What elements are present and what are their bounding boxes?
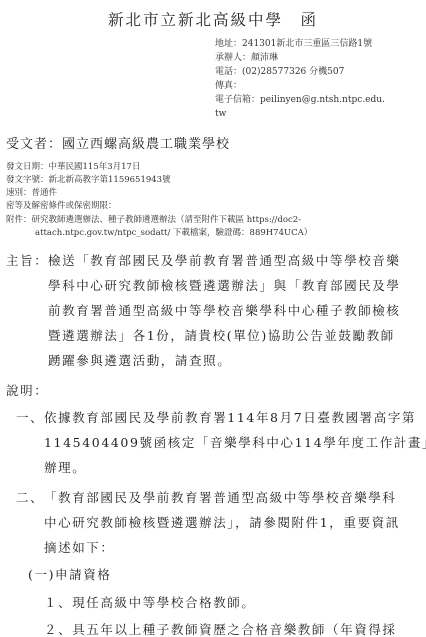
sender-phone: 電話：(02)28577326 分機507 (215, 66, 344, 80)
subject-line: 暨遴選辦法」各1份，請貴校(單位)協助公告並鼓勵教師 (48, 323, 395, 348)
issue-number: 發文字號：新北新高教字第1159651943號 (6, 174, 171, 187)
attachment: 附件：研究教師遴選辦法、種子教師遴選辦法（請至附件下載區 https://doc… (6, 214, 301, 227)
subject-line: 檢送「教育部國民及學前教育署普通型高級中等學校音樂 (48, 248, 401, 273)
item-line: 1145404409號函核定「音樂學科中心114學年度工作計畫」 (44, 430, 426, 455)
subject-line: 踴躍參與遴選活動，請查照。 (48, 348, 231, 373)
item-line: 摘述如下： (44, 535, 115, 560)
document-title: 新北市立新北高級中學 函 (0, 8, 426, 30)
sub-item: ２、具五年以上種子教師資歷之合格音樂教師（年資得採 (44, 617, 397, 637)
item-line: 中心研究教師檢核暨遴選辦法」，請參閱附件1，重要資訊 (44, 510, 400, 535)
subject-label: 主旨： (6, 248, 48, 273)
subject-line: 前教育署普通型高級中等學校音樂學科中心種子教師檢核 (48, 298, 401, 323)
item-line: 依據教育部國民及學前教育署114年8月7日臺教國署高字第 (44, 405, 416, 430)
sender-contact-person: 承辦人：顏沛琳 (215, 52, 278, 66)
sub-item: １、現任高級中等學校合格教師。 (44, 590, 256, 615)
sender-address: 地址：241301新北市三重區三信路1號 (215, 38, 372, 52)
subject-line: 學科中心研究教師檢核暨遴選辦法」與「教育部國民及學 (48, 273, 401, 298)
attachment-link[interactable]: attach.ntpc.gov.tw/ntpc_sodatt/ 下載檔案，驗證碼… (35, 227, 312, 240)
issue-date: 發文日期：中華民國115年3月17日 (6, 161, 140, 174)
item-marker: 二、 (16, 485, 44, 510)
explanation-label: 說明： (6, 378, 48, 403)
recipient: 受文者：國立西螺高級農工職業學校 (6, 133, 230, 152)
item-line: 「教育部國民及學前教育署普通型高級中等學校音樂學科 (44, 485, 397, 510)
sub-heading: (一)申請資格 (28, 562, 111, 587)
item-marker: 一、 (16, 405, 44, 430)
sender-email-cont: tw (215, 108, 226, 122)
item-line: 辦理。 (44, 455, 86, 480)
secrecy-level: 密等及解密條件或保密期限： (6, 200, 117, 213)
sender-fax: 傳真： (215, 80, 242, 94)
delivery-speed: 速別：普通件 (6, 187, 57, 200)
sender-email: 電子信箱：peilinyen@g.ntsh.ntpc.edu. (215, 94, 385, 108)
